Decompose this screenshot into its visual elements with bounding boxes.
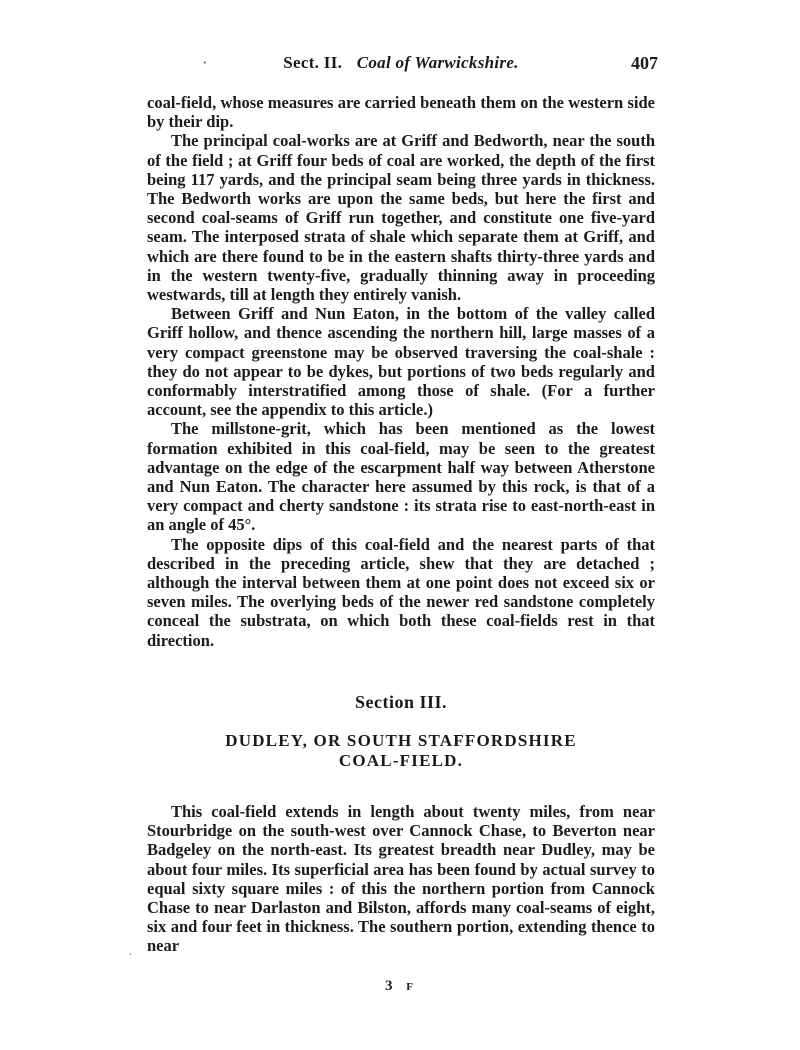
paragraph: The opposite dips of this coal-field and…: [147, 535, 655, 650]
running-title: Sect. II. Coal of Warwickshire.: [147, 48, 655, 78]
book-page: · Sect. II. Coal of Warwickshire. 407 co…: [147, 48, 655, 956]
paragraph: The principal coal-works are at Griff an…: [147, 131, 655, 304]
paragraph: coal-field, whose measures are carried b…: [147, 93, 655, 131]
running-head: · Sect. II. Coal of Warwickshire. 407: [147, 48, 655, 78]
continuation-text: coal-field, whose measures are carried b…: [147, 93, 655, 650]
section-body-text: This coal-field extends in length about …: [147, 802, 655, 956]
running-head-section: Sect. II.: [283, 53, 342, 72]
paragraph: Between Griff and Nun Eaton, in the bott…: [147, 304, 655, 419]
signature-number: 3: [385, 978, 395, 994]
page-number: 407: [631, 48, 658, 78]
section-title: DUDLEY, OR SOUTH STAFFORDSHIRE COAL-FIEL…: [147, 731, 655, 771]
section-heading: Section III.: [147, 692, 655, 713]
section-title-line-2: COAL-FIELD.: [147, 751, 655, 771]
running-head-topic: Coal of Warwickshire.: [357, 53, 519, 72]
paragraph: This coal-field extends in length about …: [147, 802, 655, 956]
margin-dot: ·: [128, 948, 133, 964]
signature-mark: 3 F: [0, 978, 800, 995]
section-title-line-1: DUDLEY, OR SOUTH STAFFORDSHIRE: [147, 731, 655, 751]
paragraph: The millstone-grit, which has been menti…: [147, 419, 655, 534]
signature-letter: F: [406, 981, 415, 993]
